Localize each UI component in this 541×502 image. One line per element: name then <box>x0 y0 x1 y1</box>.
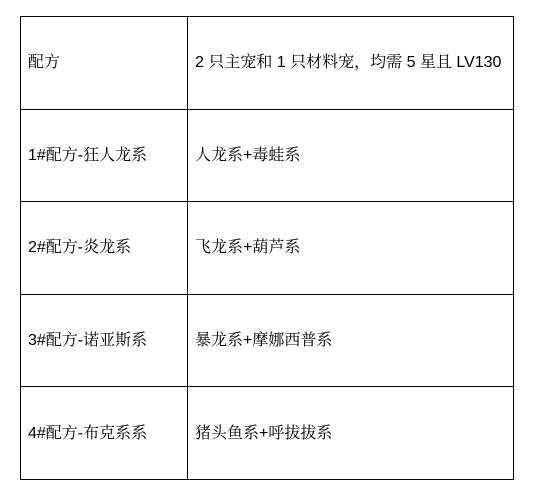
recipe-value-cell: 暴龙系+摩娜西普系 <box>188 294 514 387</box>
table-row: 配方 2 只主宠和 1 只材料宠，均需 5 星且 LV130 <box>21 17 514 110</box>
recipe-name-cell: 3#配方-诺亚斯系 <box>21 294 188 387</box>
recipe-name-cell: 配方 <box>21 17 188 110</box>
recipe-value-cell: 飞龙系+葫芦系 <box>188 202 514 295</box>
recipe-value-cell: 猪头鱼系+呼拔拔系 <box>188 387 514 480</box>
recipe-value-cell: 人龙系+毒蛙系 <box>188 109 514 202</box>
table-row: 1#配方-狂人龙系 人龙系+毒蛙系 <box>21 109 514 202</box>
recipe-value-cell: 2 只主宠和 1 只材料宠，均需 5 星且 LV130 <box>188 17 514 110</box>
recipe-name-cell: 1#配方-狂人龙系 <box>21 109 188 202</box>
recipe-table: 配方 2 只主宠和 1 只材料宠，均需 5 星且 LV130 1#配方-狂人龙系… <box>20 16 514 480</box>
recipe-name-cell: 2#配方-炎龙系 <box>21 202 188 295</box>
table-row: 2#配方-炎龙系 飞龙系+葫芦系 <box>21 202 514 295</box>
table-row: 4#配方-布克系系 猪头鱼系+呼拔拔系 <box>21 387 514 480</box>
table-row: 3#配方-诺亚斯系 暴龙系+摩娜西普系 <box>21 294 514 387</box>
recipe-name-cell: 4#配方-布克系系 <box>21 387 188 480</box>
